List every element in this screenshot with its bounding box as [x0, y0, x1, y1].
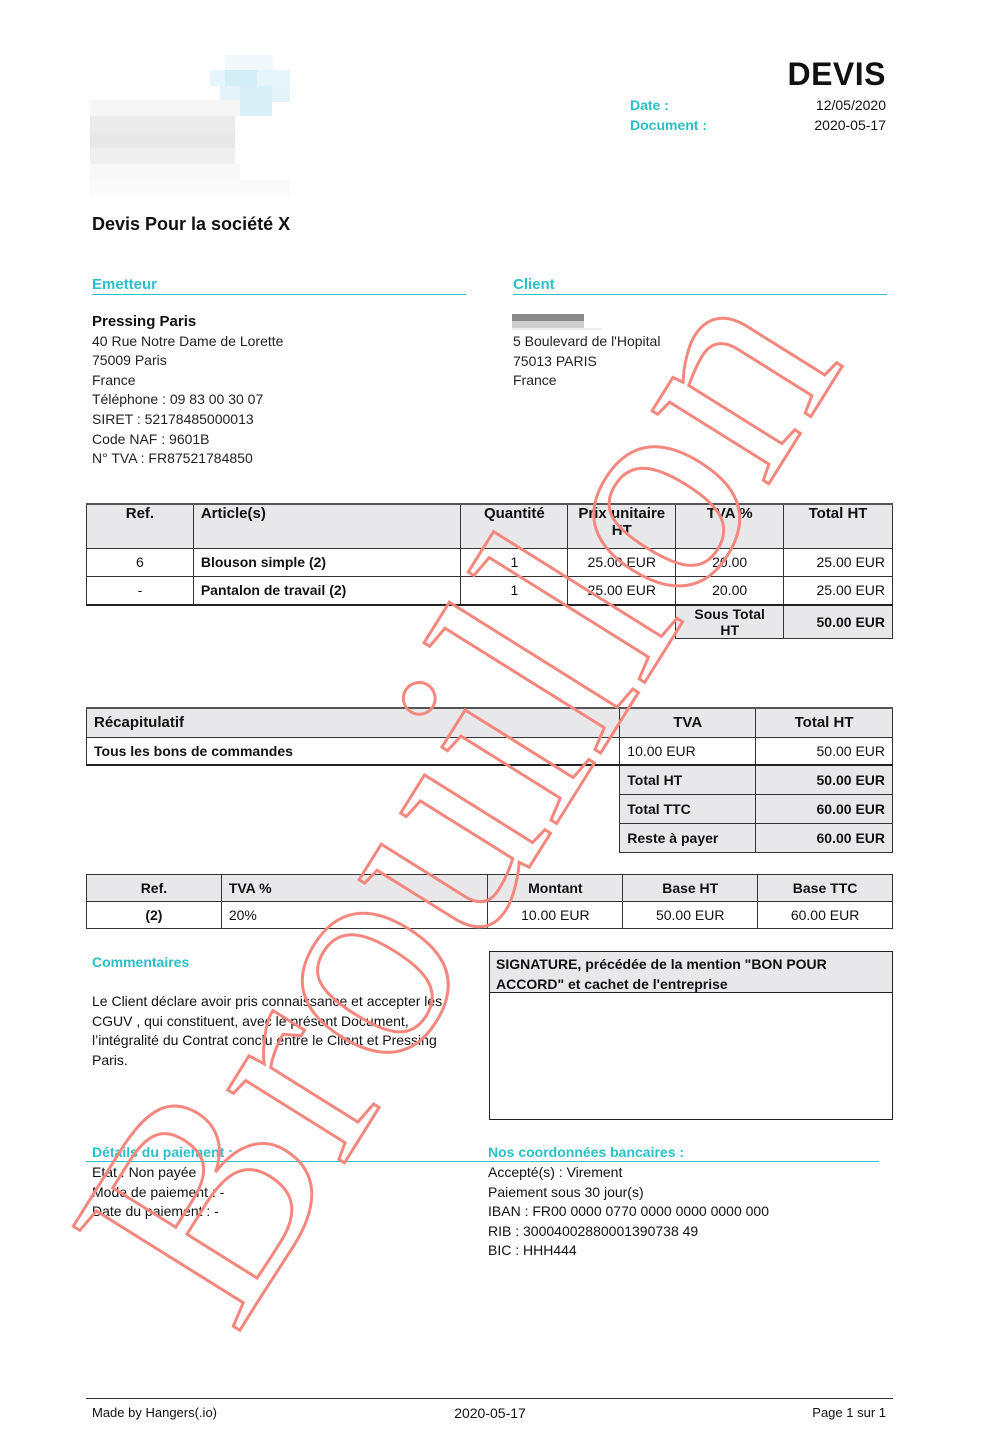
row-article: Pantalon de travail (2): [193, 576, 461, 605]
row-tva: 20.00: [676, 576, 784, 605]
emitter-name: Pressing Paris: [92, 312, 283, 332]
payment-mode: Mode de paiement : -: [92, 1183, 224, 1203]
document-value: 2020-05-17: [814, 117, 886, 133]
signature-heading: SIGNATURE, précédée de la mention "BON P…: [490, 952, 892, 993]
emitter-country: France: [92, 371, 283, 391]
table-row: Tous les bons de commandes 10.00 EUR 50.…: [87, 737, 893, 765]
remaining-value: 60.00 EUR: [756, 823, 893, 852]
payment-status: Etat : Non payée: [92, 1163, 224, 1183]
emitter-city: 75009 Paris: [92, 351, 283, 371]
tva-col-ref: Ref.: [87, 875, 222, 902]
row-ref: -: [87, 576, 194, 605]
bank-block: Accepté(s) : Virement Paiement sous 30 j…: [488, 1163, 769, 1261]
emitter-address-line: 40 Rue Notre Dame de Lorette: [92, 332, 283, 352]
row-unit-price: 25.00 EUR: [568, 576, 676, 605]
tva-col-base-ht: Base HT: [623, 875, 758, 902]
footer-divider: [86, 1398, 893, 1399]
recap-heading: Récapitulatif: [87, 708, 620, 737]
row-total: 25.00 EUR: [784, 576, 893, 605]
tva-row-rate: 20%: [221, 902, 488, 929]
row-qty: 1: [461, 576, 568, 605]
document-type-title: DEVIS: [787, 56, 886, 93]
client-block: 5 Boulevard de l'Hopital 75013 PARIS Fra…: [513, 332, 660, 391]
total-ht-label: Total HT: [620, 765, 756, 794]
comments-heading: Commentaires: [92, 954, 189, 970]
table-row: (2) 20% 10.00 EUR 50.00 EUR 60.00 EUR: [87, 902, 893, 929]
comments-text: Le Client déclare avoir pris connaissanc…: [92, 992, 462, 1070]
company-logo-redacted: [80, 55, 295, 195]
client-country: France: [513, 371, 660, 391]
articles-table: Ref. Article(s) Quantité Prix unitaire H…: [86, 503, 893, 639]
row-total: 25.00 EUR: [784, 548, 893, 576]
recap-table: Récapitulatif TVA Total HT Tous les bons…: [86, 707, 893, 853]
subtotal-label: Sous Total HT: [676, 605, 784, 639]
date-label: Date :: [630, 97, 669, 113]
payment-block: Etat : Non payée Mode de paiement : - Da…: [92, 1163, 224, 1222]
row-ref: 6: [87, 548, 194, 576]
bank-terms: Paiement sous 30 jour(s): [488, 1183, 769, 1203]
table-row: 6 Blouson simple (2) 1 25.00 EUR 20.00 2…: [87, 548, 893, 576]
client-city: 75013 PARIS: [513, 352, 660, 372]
tva-col-amount: Montant: [488, 875, 623, 902]
tva-row-amount: 10.00 EUR: [488, 902, 623, 929]
bank-bic: BIC : HHH444: [488, 1241, 769, 1261]
row-tva: 20.00: [676, 548, 784, 576]
recap-row-label: Tous les bons de commandes: [87, 737, 620, 765]
total-ttc-label: Total TTC: [620, 794, 756, 823]
emitter-block: Pressing Paris 40 Rue Notre Dame de Lore…: [92, 312, 283, 469]
row-unit-price: 25.00 EUR: [568, 548, 676, 576]
client-name-redacted: [512, 314, 602, 332]
emitter-naf: Code NAF : 9601B: [92, 430, 283, 450]
row-article: Blouson simple (2): [193, 548, 461, 576]
recap-row-total: 50.00 EUR: [756, 737, 893, 765]
table-row: - Pantalon de travail (2) 1 25.00 EUR 20…: [87, 576, 893, 605]
total-ht-value: 50.00 EUR: [756, 765, 893, 794]
col-total: Total HT: [784, 504, 893, 548]
tva-row-ref: (2): [87, 902, 222, 929]
recap-col-tva: TVA: [620, 708, 756, 737]
remaining-label: Reste à payer: [620, 823, 756, 852]
payment-divider: [86, 1161, 879, 1162]
col-article: Article(s): [193, 504, 461, 548]
footer-page-number: Page 1 sur 1: [812, 1405, 886, 1420]
tva-table: Ref. TVA % Montant Base HT Base TTC (2) …: [86, 874, 893, 929]
recap-col-total: Total HT: [756, 708, 893, 737]
payment-heading: Détails du paiement :: [92, 1144, 233, 1160]
signature-box[interactable]: SIGNATURE, précédée de la mention "BON P…: [489, 951, 893, 1120]
emitter-heading: Emetteur: [92, 276, 466, 295]
col-unit-price: Prix unitaire HT: [568, 504, 676, 548]
tva-row-base-ht: 50.00 EUR: [623, 902, 758, 929]
col-quantity: Quantité: [461, 504, 568, 548]
emitter-siret: SIRET : 52178485000013: [92, 410, 283, 430]
quote-subject: Devis Pour la société X: [92, 214, 290, 235]
col-ref: Ref.: [87, 504, 194, 548]
recap-row-tva: 10.00 EUR: [620, 737, 756, 765]
bank-iban: IBAN : FR00 0000 0770 0000 0000 0000 000: [488, 1202, 769, 1222]
document-label: Document :: [630, 117, 707, 133]
bank-accepted: Accepté(s) : Virement: [488, 1163, 769, 1183]
client-address-line: 5 Boulevard de l'Hopital: [513, 332, 660, 352]
tva-row-base-ttc: 60.00 EUR: [758, 902, 893, 929]
payment-date: Date du paiement : -: [92, 1202, 224, 1222]
tva-col-rate: TVA %: [221, 875, 488, 902]
bank-heading: Nos coordonnées bancaires :: [488, 1144, 684, 1160]
emitter-vat: N° TVA : FR87521784850: [92, 449, 283, 469]
total-ttc-value: 60.00 EUR: [756, 794, 893, 823]
subtotal-value: 50.00 EUR: [784, 605, 893, 639]
bank-rib: RIB : 30004002880001390738 49: [488, 1222, 769, 1242]
row-qty: 1: [461, 548, 568, 576]
emitter-phone: Téléphone : 09 83 00 30 07: [92, 390, 283, 410]
tva-col-base-ttc: Base TTC: [758, 875, 893, 902]
col-tva: TVA %: [676, 504, 784, 548]
client-heading: Client: [513, 276, 887, 295]
date-value: 12/05/2020: [816, 97, 886, 113]
